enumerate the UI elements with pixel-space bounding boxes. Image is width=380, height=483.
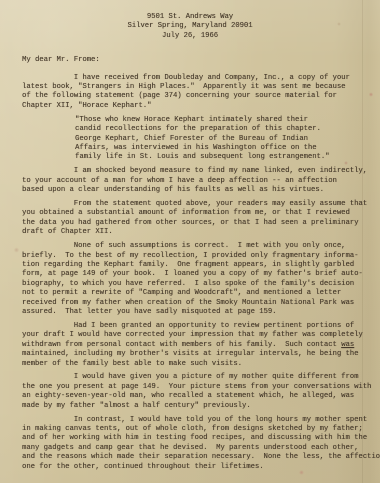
letter-body: 9501 St. Andrews Way Silver Spring, Mary… [0, 0, 380, 483]
paragraph-review-draft: Had I been granted an opportunity to rev… [22, 322, 380, 369]
paragraph-shocked: I am shocked beyond measure to find my n… [22, 167, 380, 195]
paragraph-mother-picture: I would have given you a picture of my m… [22, 373, 380, 411]
block-quote-source-statement: "Those who knew Horace Kephart intimatel… [75, 116, 380, 163]
paragraph-received-book: I have received from Doubleday and Compa… [22, 74, 380, 112]
paragraph-review-pre: Had I been granted an opportunity to rev… [22, 322, 363, 349]
letter-page: 9501 St. Andrews Way Silver Spring, Mary… [0, 0, 380, 483]
salutation: My dear Mr. Frome: [22, 56, 380, 65]
paragraph-in-contrast: In contrast, I would have told you of th… [22, 416, 380, 472]
paragraph-review-post: maintained, including my brother's visit… [22, 350, 358, 367]
paragraph-statement-assumption: From the statement quoted above, your re… [22, 200, 380, 238]
letter-date: July 26, 1966 [22, 32, 358, 41]
sender-address-line-2: Silver Spring, Maryland 20901 [22, 22, 358, 31]
underlined-word-was: was [341, 341, 354, 349]
sender-address-line-1: 9501 St. Andrews Way [22, 13, 358, 22]
paragraph-assumptions-incorrect: None of such assumptions is correct. I m… [22, 242, 380, 317]
